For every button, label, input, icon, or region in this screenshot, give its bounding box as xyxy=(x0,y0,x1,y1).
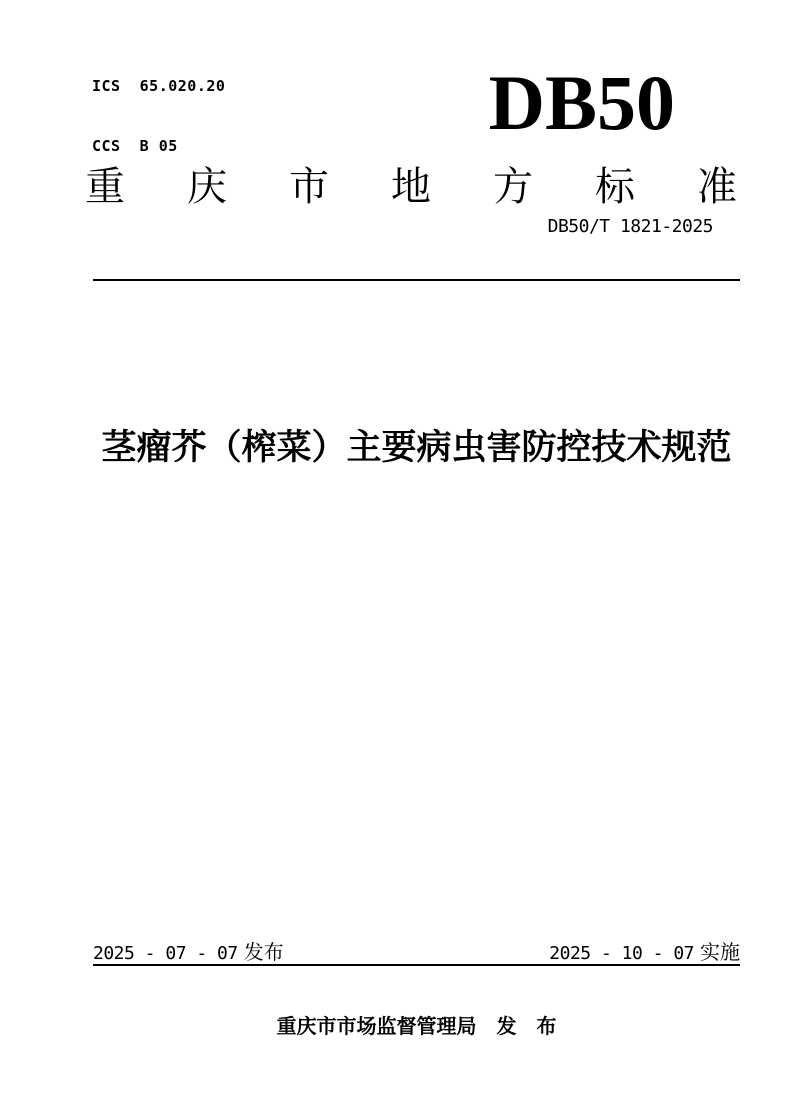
ccs-code: CCS B 05 xyxy=(92,136,225,156)
header-rule xyxy=(93,279,740,281)
footer-rule xyxy=(93,964,740,966)
standard-name-char-1: 重 xyxy=(85,163,125,211)
document-title: 茎瘤芥（榨菜）主要病虫害防控技术规范 xyxy=(93,426,740,470)
standard-name-char-7: 准 xyxy=(697,163,737,211)
standard-name-char-2: 庆 xyxy=(187,163,227,211)
ics-code: ICS 65.020.20 xyxy=(92,76,225,96)
standard-name-char-4: 地 xyxy=(391,163,431,211)
standard-name-char-6: 标 xyxy=(595,163,635,211)
implementation-date-label: 实施 xyxy=(700,936,740,965)
standard-number: DB50/T 1821-2025 xyxy=(548,215,713,239)
publisher-line: 重庆市市场监督管理局 发 布 xyxy=(93,1012,740,1040)
standard-name-char-3: 市 xyxy=(289,163,329,211)
standard-cover-page: ICS 65.020.20 CCS B 05 DB50 重 庆 市 地 方 标 … xyxy=(0,0,790,1116)
issue-date-label: 发布 xyxy=(244,936,284,965)
db50-logo: DB50 xyxy=(489,64,675,142)
dates-row: 2025 - 07 - 07 发布 2025 - 10 - 07 实施 xyxy=(93,936,740,965)
standard-name-char-5: 方 xyxy=(493,163,533,211)
implementation-date-value: 2025 - 10 - 07 xyxy=(549,943,694,964)
implementation-date: 2025 - 10 - 07 实施 xyxy=(549,936,740,965)
issue-date-value: 2025 - 07 - 07 xyxy=(93,943,238,964)
standard-name-row: 重 庆 市 地 方 标 准 xyxy=(85,163,737,211)
issue-date: 2025 - 07 - 07 发布 xyxy=(93,936,284,965)
